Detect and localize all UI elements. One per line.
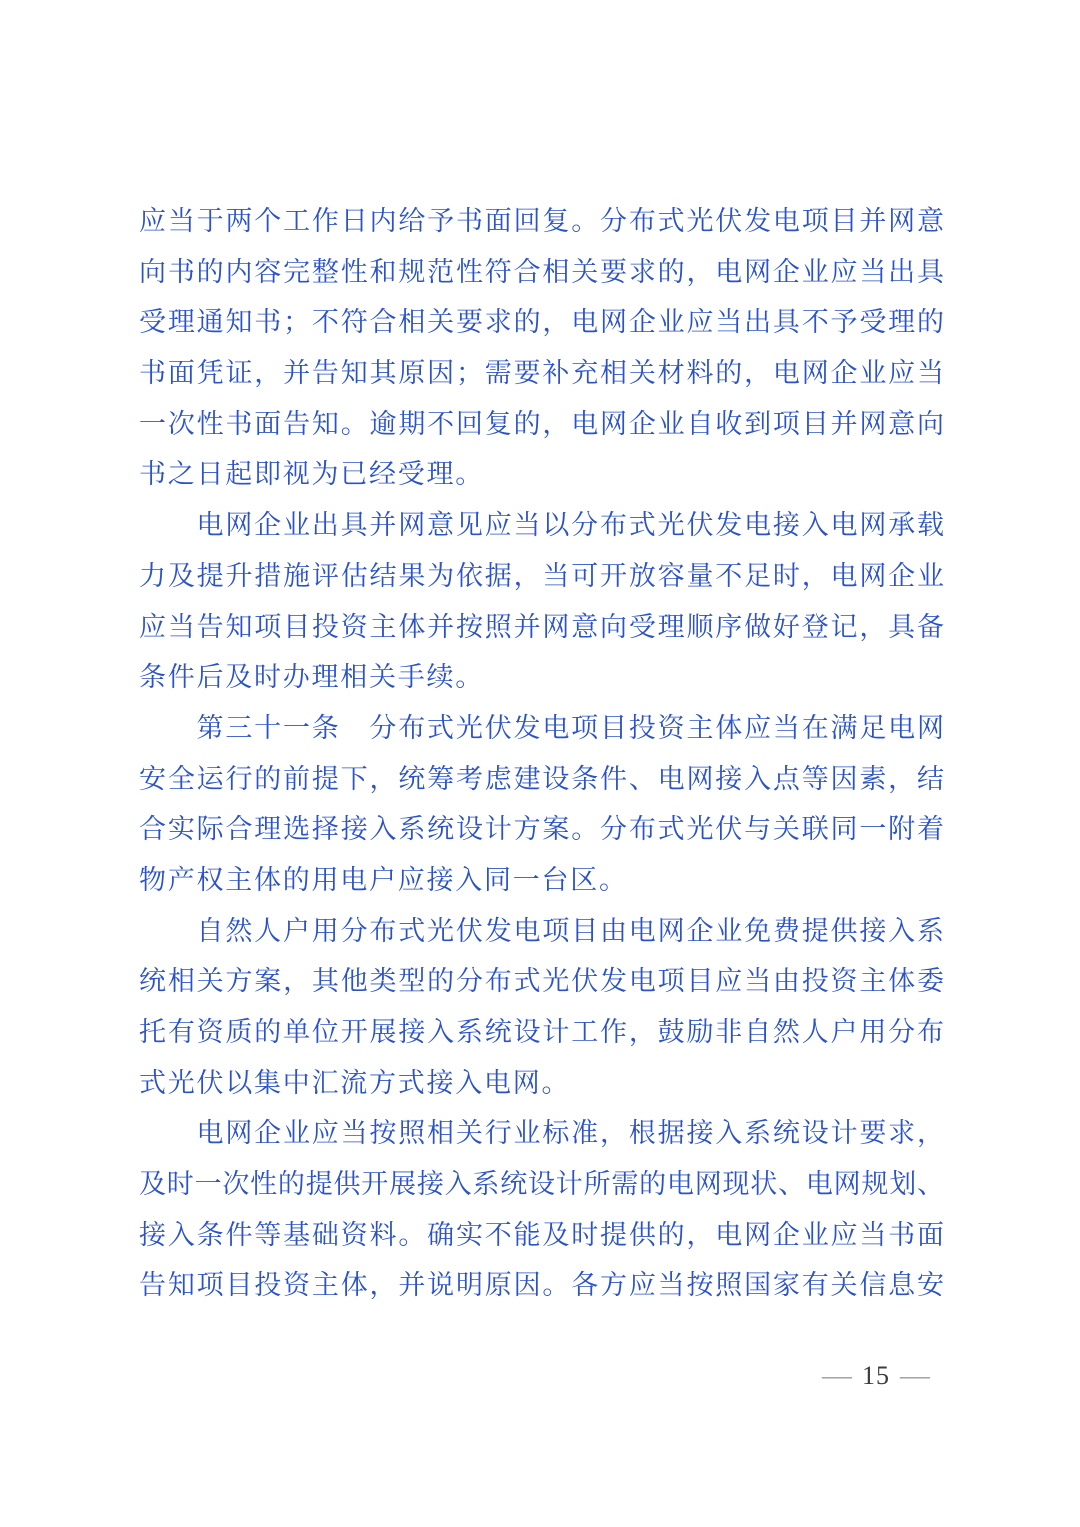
text-line: 安全运行的前提下，统筹考虑建设条件、电网接入点等因素，结 <box>139 754 944 805</box>
text-line: 接入条件等基础资料。确实不能及时提供的，电网企业应当书面 <box>139 1210 944 1261</box>
text-line: 力及提升措施评估结果为依据，当可开放容量不足时，电网企业 <box>139 551 944 602</box>
text-line: 向书的内容完整性和规范性符合相关要求的，电网企业应当出具 <box>139 247 944 298</box>
text-line: 一次性书面告知。逾期不回复的，电网企业自收到项目并网意向 <box>139 399 944 450</box>
text-line: 应当告知项目投资主体并按照并网意向受理顺序做好登记，具备 <box>139 602 944 653</box>
text-line: 应当于两个工作日内给予书面回复。分布式光伏发电项目并网意 <box>139 196 944 247</box>
document-text: 应当于两个工作日内给予书面回复。分布式光伏发电项目并网意向书的内容完整性和规范性… <box>139 196 944 1311</box>
text-line: 自然人户用分布式光伏发电项目由电网企业免费提供接入系 <box>139 906 944 957</box>
text-line: 第三十一条 分布式光伏发电项目投资主体应当在满足电网 <box>139 703 944 754</box>
text-line: 书之日起即视为已经受理。 <box>139 449 944 500</box>
text-line: 托有资质的单位开展接入系统设计工作，鼓励非自然人户用分布 <box>139 1007 944 1058</box>
text-line: 电网企业出具并网意见应当以分布式光伏发电接入电网承载 <box>139 500 944 551</box>
document-page: 应当于两个工作日内给予书面回复。分布式光伏发电项目并网意向书的内容完整性和规范性… <box>0 0 1080 1527</box>
page-footer: — 15 — <box>824 1360 928 1392</box>
text-line: 书面凭证，并告知其原因；需要补充相关材料的，电网企业应当 <box>139 348 944 399</box>
footer-right-dash: — <box>900 1360 930 1392</box>
text-line: 式光伏以集中汇流方式接入电网。 <box>139 1058 944 1109</box>
text-line: 电网企业应当按照相关行业标准，根据接入系统设计要求， <box>139 1108 944 1159</box>
page-number: 15 <box>862 1360 890 1392</box>
text-line: 合实际合理选择接入系统设计方案。分布式光伏与关联同一附着 <box>139 804 944 855</box>
text-line: 条件后及时办理相关手续。 <box>139 652 944 703</box>
text-line: 物产权主体的用电户应接入同一台区。 <box>139 855 944 906</box>
text-line: 受理通知书；不符合相关要求的，电网企业应当出具不予受理的 <box>139 297 944 348</box>
text-line: 统相关方案，其他类型的分布式光伏发电项目应当由投资主体委 <box>139 956 944 1007</box>
text-line: 及时一次性的提供开展接入系统设计所需的电网现状、电网规划、 <box>139 1159 944 1210</box>
footer-left-dash: — <box>822 1360 852 1392</box>
text-line: 告知项目投资主体，并说明原因。各方应当按照国家有关信息安 <box>139 1260 944 1311</box>
